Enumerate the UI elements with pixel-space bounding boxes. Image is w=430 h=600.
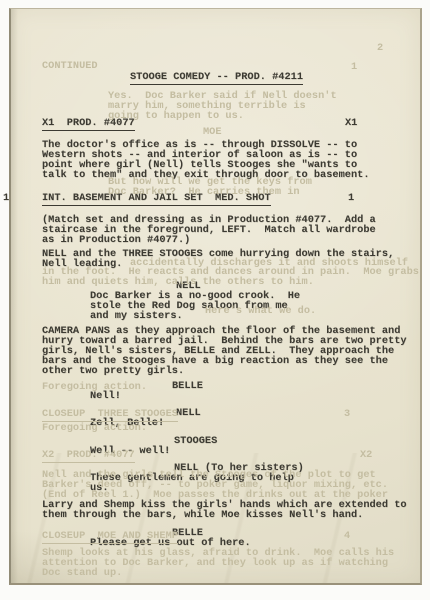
script-page: STOOGE COMEDY -- PROD. #4211X1 PROD. #40… — [0, 0, 430, 600]
scene-number-left-text: 1 — [3, 192, 9, 204]
ghost-action-line: Here's what we do. — [205, 306, 316, 316]
ghost-action-line-text: (End of Reel 1.) Moe passes the drinks o… — [42, 489, 388, 501]
action-line: other two pretty girls. — [42, 366, 184, 376]
scene-number-right: 1 — [348, 193, 354, 203]
ghost-action-line: CONTINUED — [42, 61, 98, 71]
dialogue-line-text: and my sisters. — [90, 310, 183, 322]
ghost-action-line: 2 — [377, 43, 383, 53]
action-line-text: them through the bars, while Moe kisses … — [42, 509, 363, 521]
scanner-background: STOOGE COMEDY -- PROD. #4211X1 PROD. #40… — [0, 0, 430, 600]
slug-right-label-text: X1 — [345, 117, 357, 129]
action-line: them through the bars, while Moe kisses … — [42, 510, 363, 520]
ghost-action-line: Foregoing action. — [42, 423, 147, 433]
slug-right-label: X1 — [345, 118, 357, 128]
scene-number-right: 4 — [344, 531, 350, 541]
ghost-production-slug-text: X2 PROD. #4077 — [42, 449, 135, 463]
ghost-action-line: MOE — [203, 127, 222, 137]
ghost-action-line: (End of Reel 1.) Moe passes the drinks o… — [42, 490, 388, 500]
ghost-action-line: going to happen to us. — [108, 111, 244, 121]
ghost-action-line-text: Doc Barker? He carries them in — [108, 186, 300, 198]
scene-number-left: 1 — [3, 193, 9, 203]
slug-right-label: X2 — [360, 450, 372, 460]
ghost-action-line-text: Doc stand up. — [42, 567, 122, 579]
ghost-action-line-text: MOE — [203, 126, 222, 138]
character-name-text: STOOGES — [174, 435, 217, 447]
ghost-action-line: 1 — [351, 62, 357, 72]
scene-number-right-text: 1 — [348, 192, 354, 204]
ghost-action-line: Foregoing action. — [42, 382, 147, 392]
ghost-action-line-text: Foregoing action. — [42, 422, 147, 434]
ghost-action-line: Doc stand up. — [42, 568, 122, 578]
ghost-scene-heading: CLOSEUP MOE AND SHEMP — [42, 531, 178, 541]
ghost-scene-heading-text: CLOSEUP THREE STOOGES — [42, 408, 178, 422]
slug-right-label-text: X2 — [360, 449, 372, 461]
ghost-scene-heading: CLOSEUP THREE STOOGES — [42, 409, 178, 419]
dialogue-line: and my sisters. — [90, 311, 183, 321]
ghost-action-line-text: 2 — [377, 42, 383, 54]
character-name: NELL — [176, 408, 201, 418]
action-line-text: as in Production #4077.) — [42, 234, 190, 246]
ghost-action-line: Doc Barker? He carries them in — [108, 187, 300, 197]
ghost-action-line-text: 1 — [351, 61, 357, 73]
character-name-text: NELL — [176, 407, 201, 419]
page-title: STOOGE COMEDY -- PROD. #4211 — [130, 72, 303, 82]
scene-number-right-text: 4 — [344, 530, 350, 542]
page-title-text: STOOGE COMEDY -- PROD. #4211 — [130, 71, 303, 85]
character-name-text: BELLE — [172, 380, 203, 392]
ghost-action-line-text: Foregoing action. — [42, 381, 147, 393]
action-line: as in Production #4077.) — [42, 235, 190, 245]
ghost-scene-heading-text: CLOSEUP MOE AND SHEMP — [42, 530, 178, 544]
ghost-production-slug: X2 PROD. #4077 — [42, 450, 135, 460]
ghost-action-line-text: Here's what we do. — [205, 305, 316, 317]
ghost-action-line-text: him and quiets him, calls the others to … — [42, 276, 314, 288]
ghost-action-line: him and quiets him, calls the others to … — [42, 277, 314, 287]
ghost-action-line-text: going to happen to us. — [108, 110, 244, 122]
scene-number-right: 3 — [344, 409, 350, 419]
ghost-action-line-text: CONTINUED — [42, 60, 98, 72]
character-name: BELLE — [172, 381, 203, 391]
action-line-text: other two pretty girls. — [42, 365, 184, 377]
scene-number-right-text: 3 — [344, 408, 350, 420]
character-name: STOOGES — [174, 436, 217, 446]
